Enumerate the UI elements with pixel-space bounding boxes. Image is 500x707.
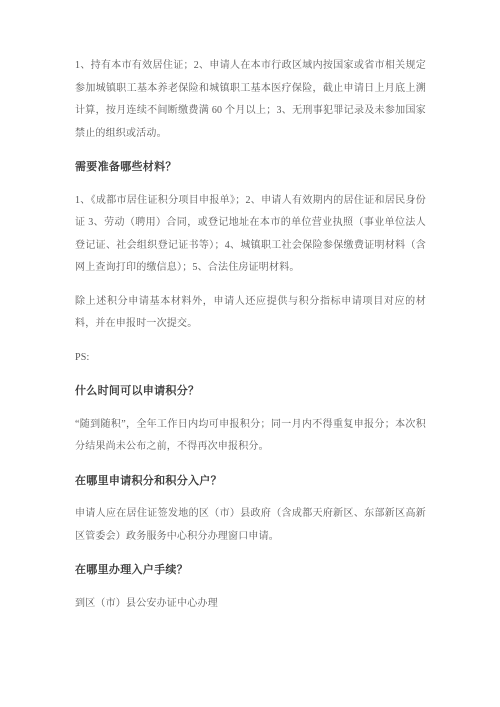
paragraph-when-apply-points: “随到随积”，全年工作日内均可申报积分；同一月内不得重复申报分；本次积分结果尚未… (75, 414, 426, 459)
paragraph-eligibility-conditions: 1、持有本市有效居住证；2、申请人在本市行政区域内按国家或省市相关规定参加城镇职… (75, 55, 426, 145)
paragraph-where-hukou-procedures: 到区（市）县公安办证中心办理 (75, 593, 426, 616)
paragraph-where-apply-points: 申请人应在居住证签发地的区（市）县政府（含成都天府新区、东部新区高新区管委会）政… (75, 503, 426, 548)
heading-where-apply-points: 在哪里申请积分和积分入户？ (75, 470, 426, 493)
heading-when-apply-points: 什么时间可以申请积分？ (75, 380, 426, 403)
heading-where-hukou-procedures: 在哪里办理入户手续？ (75, 559, 426, 582)
ps-label: PS: (75, 347, 426, 370)
heading-materials-needed: 需要准备哪些材料？ (75, 156, 426, 179)
paragraph-additional-materials: 除上述积分申请基本材料外，申请人还应提供与积分指标申请项目对应的材料，并在申报时… (75, 291, 426, 336)
document-page: 1、持有本市有效居住证；2、申请人在本市行政区域内按国家或省市相关规定参加城镇职… (0, 0, 500, 707)
paragraph-materials-list: 1、《成都市居住证积分项目申报单》；2、申请人有效期内的居住证和居民身份证 3、… (75, 190, 426, 280)
